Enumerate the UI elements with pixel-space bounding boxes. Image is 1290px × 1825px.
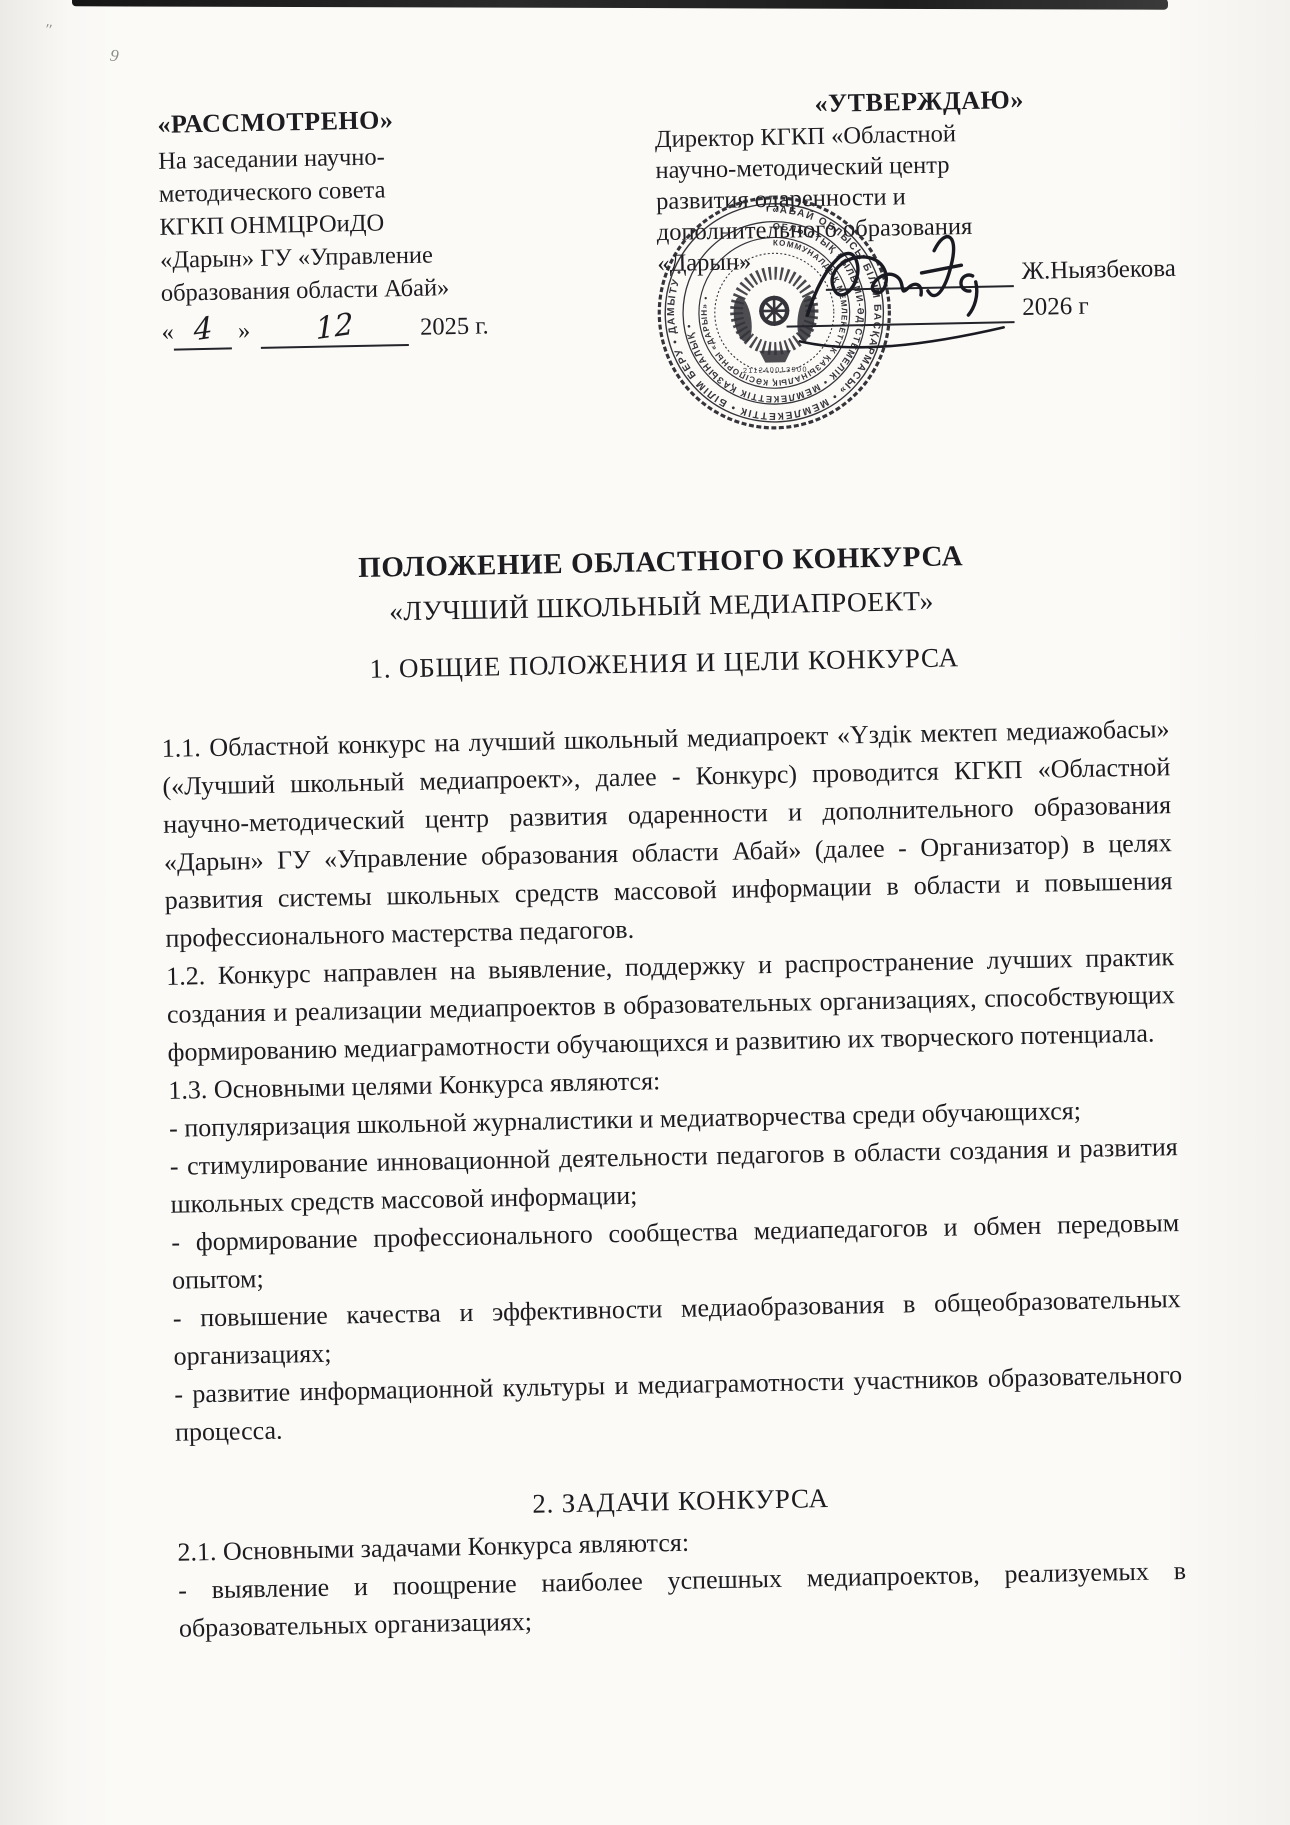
quote-open: «: [161, 319, 174, 346]
paragraph-1-2: 1.2. Конкурс направлен на выявление, под…: [166, 938, 1176, 1072]
quote-close: »: [238, 317, 251, 344]
document-body: 1. ОБЩИЕ ПОЛОЖЕНИЯ И ЦЕЛИ КОНКУРСА 1.1. …: [160, 634, 1187, 1648]
section-1-heading: 1. ОБЩИЕ ПОЛОЖЕНИЯ И ЦЕЛИ КОНКУРСА: [160, 634, 1169, 692]
document-subtitle: «ЛУЧШИЙ ШКОЛЬНЫЙ МЕДИАПРОЕКТ»: [159, 580, 1164, 632]
document-content: «РАССМОТРЕНО» На заседании научно- метод…: [0, 0, 1290, 1825]
director-signature: [794, 219, 1047, 374]
reviewed-date-line: «4 »122025 г.: [161, 309, 492, 350]
reviewed-block: «РАССМОТРЕНО» На заседании научно- метод…: [157, 101, 492, 350]
handwritten-day: 4: [173, 314, 232, 350]
handwritten-month: 12: [260, 311, 409, 349]
paragraph-1-1: 1.1. Областной конкурс на лучший школьны…: [161, 710, 1173, 958]
document-title: ПОЛОЖЕНИЕ ОБЛАСТНОГО КОНКУРСА: [158, 536, 1163, 589]
reviewed-title: «РАССМОТРЕНО»: [157, 101, 488, 140]
reviewed-year: 2025 г.: [420, 312, 489, 340]
title-block: ПОЛОЖЕНИЕ ОБЛАСТНОГО КОНКУРСА «ЛУЧШИЙ ШК…: [158, 536, 1164, 632]
scanned-document: { "document": { "reviewed": { "title": "…: [0, 0, 1290, 1825]
reviewed-line: образования области Абай»: [160, 270, 491, 309]
